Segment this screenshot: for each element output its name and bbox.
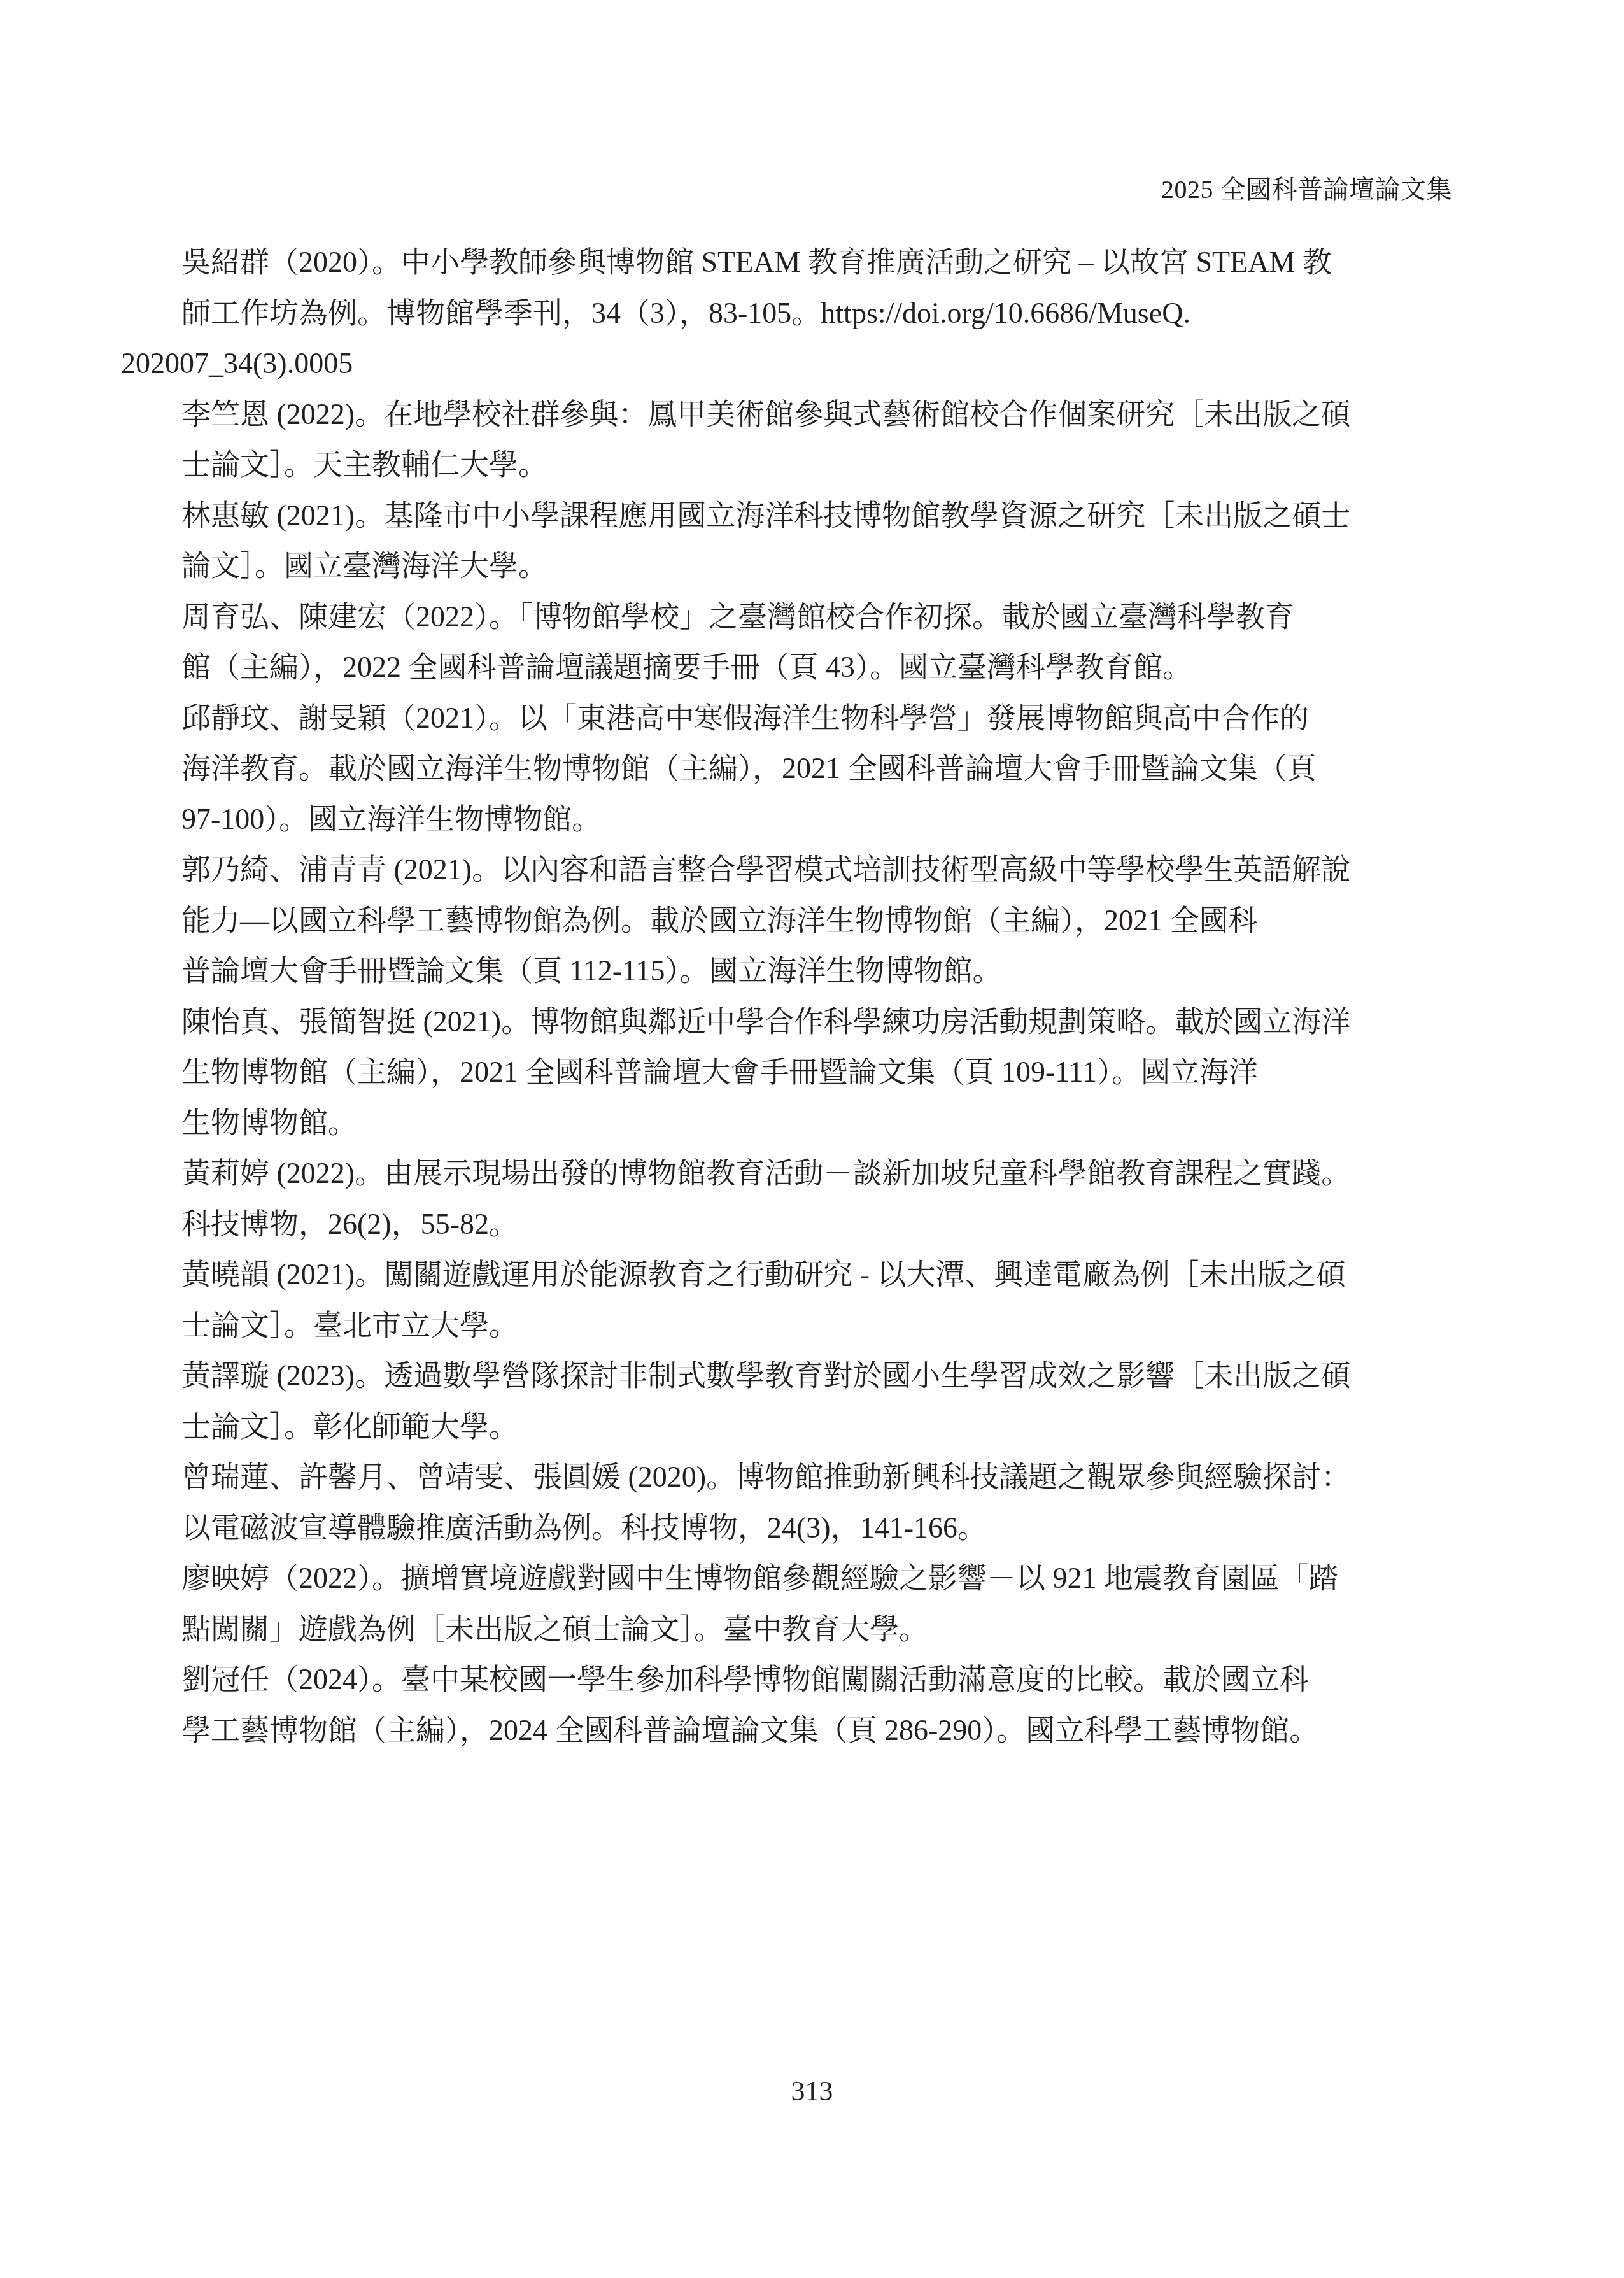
reference-line: 普論壇大會手冊暨論文集（頁 112-115）。國立海洋生物博物館。	[242, 945, 1450, 996]
reference-line: 士論文］。臺北市立大學。	[242, 1300, 1450, 1351]
reference-line: 黃譯璇 (2023)。透過數學營隊探討非制式數學教育對於國小生學習成效之影響［未…	[242, 1350, 1450, 1401]
reference-line: 李竺恩 (2022)。在地學校社群參與：鳳甲美術館參與式藝術館校合作個案研究［未…	[242, 389, 1450, 440]
reference-list: 吳紹群（2020）。中小學教師參與博物館 STEAM 教育推廣活動之研究 – 以…	[181, 237, 1450, 1755]
reference-line: 以電磁波宣導體驗推廣活動為例。科技博物，24(3)，141-166。	[242, 1503, 1450, 1553]
reference-line: 士論文］。天主教輔仁大學。	[242, 439, 1450, 490]
reference-entry: 吳紹群（2020）。中小學教師參與博物館 STEAM 教育推廣活動之研究 – 以…	[181, 237, 1450, 389]
reference-line: 周育弘、陳建宏（2022）。「博物館學校」之臺灣館校合作初探。載於國立臺灣科學教…	[242, 591, 1450, 642]
page-number: 313	[0, 2072, 1624, 2111]
reference-line: 陳怡真、張簡智挺 (2021)。博物館與鄰近中學合作科學練功房活動規劃策略。載於…	[242, 996, 1450, 1047]
reference-line: 科技博物，26(2)，55-82。	[242, 1199, 1450, 1250]
reference-line: 學工藝博物館（主編），2024 全國科普論壇論文集（頁 286-290）。國立科…	[242, 1705, 1450, 1756]
reference-entry: 邱靜玟、謝旻穎（2021）。以「東港高中寒假海洋生物科學營」發展博物館與高中合作…	[181, 693, 1450, 845]
reference-entry: 黃譯璇 (2023)。透過數學營隊探討非制式數學教育對於國小生學習成效之影響［未…	[181, 1350, 1450, 1452]
reference-entry: 廖映婷（2022）。擴增實境遊戲對國中生博物館參觀經驗之影響－以 921 地震教…	[181, 1553, 1450, 1654]
reference-line: 師工作坊為例。博物館學季刊，34（3），83-105。https://doi.o…	[242, 288, 1450, 339]
reference-line: 論文］。國立臺灣海洋大學。	[242, 541, 1450, 591]
reference-line: 邱靜玟、謝旻穎（2021）。以「東港高中寒假海洋生物科學營」發展博物館與高中合作…	[242, 693, 1450, 744]
reference-line: 士論文］。彰化師範大學。	[242, 1401, 1450, 1452]
reference-line: 海洋教育。載於國立海洋生物博物館（主編），2021 全國科普論壇大會手冊暨論文集…	[242, 743, 1450, 794]
reference-line: 生物博物館（主編），2021 全國科普論壇大會手冊暨論文集（頁 109-111）…	[242, 1047, 1450, 1098]
reference-line: 生物博物館。	[242, 1098, 1450, 1149]
reference-line: 廖映婷（2022）。擴增實境遊戲對國中生博物館參觀經驗之影響－以 921 地震教…	[242, 1553, 1450, 1604]
reference-line: 林惠敏 (2021)。基隆市中小學課程應用國立海洋科技博物館教學資源之研究［未出…	[242, 490, 1450, 541]
reference-line: 黃曉韻 (2021)。闖關遊戲運用於能源教育之行動研究 - 以大潭、興達電廠為例…	[242, 1249, 1450, 1300]
reference-line: 曾瑞蓮、許馨月、曾靖雯、張圓媛 (2020)。博物館推動新興科技議題之觀眾參與經…	[242, 1452, 1450, 1503]
reference-entry: 劉冠任（2024）。臺中某校國一學生參加科學博物館闖關活動滿意度的比較。載於國立…	[181, 1654, 1450, 1755]
reference-entry: 李竺恩 (2022)。在地學校社群參與：鳳甲美術館參與式藝術館校合作個案研究［未…	[181, 389, 1450, 490]
reference-entry: 林惠敏 (2021)。基隆市中小學課程應用國立海洋科技博物館教學資源之研究［未出…	[181, 490, 1450, 591]
reference-line: 館（主編），2022 全國科普論壇議題摘要手冊（頁 43）。國立臺灣科學教育館。	[242, 642, 1450, 693]
reference-entry: 郭乃綺、浦青青 (2021)。以內容和語言整合學習模式培訓技術型高級中等學校學生…	[181, 844, 1450, 996]
reference-line: 黃莉婷 (2022)。由展示現場出發的博物館教育活動－談新加坡兒童科學館教育課程…	[242, 1148, 1450, 1199]
reference-line: 劉冠任（2024）。臺中某校國一學生參加科學博物館闖關活動滿意度的比較。載於國立…	[242, 1654, 1450, 1705]
reference-entry: 黃曉韻 (2021)。闖關遊戲運用於能源教育之行動研究 - 以大潭、興達電廠為例…	[181, 1249, 1450, 1350]
reference-line: 97-100）。國立海洋生物博物館。	[242, 794, 1450, 845]
reference-entry: 周育弘、陳建宏（2022）。「博物館學校」之臺灣館校合作初探。載於國立臺灣科學教…	[181, 591, 1450, 693]
reference-line: 點闖關」遊戲為例［未出版之碩士論文］。臺中教育大學。	[242, 1604, 1450, 1655]
running-header-title: 2025 全國科普論壇論文集	[1161, 171, 1452, 209]
reference-line: 吳紹群（2020）。中小學教師參與博物館 STEAM 教育推廣活動之研究 – 以…	[242, 237, 1450, 288]
reference-entry: 黃莉婷 (2022)。由展示現場出發的博物館教育活動－談新加坡兒童科學館教育課程…	[181, 1148, 1450, 1249]
reference-line: 能力—以國立科學工藝博物館為例。載於國立海洋生物博物館（主編），2021 全國科	[242, 895, 1450, 946]
reference-line: 202007_34(3).0005	[181, 338, 1450, 389]
reference-line: 郭乃綺、浦青青 (2021)。以內容和語言整合學習模式培訓技術型高級中等學校學生…	[242, 844, 1450, 895]
reference-entry: 曾瑞蓮、許馨月、曾靖雯、張圓媛 (2020)。博物館推動新興科技議題之觀眾參與經…	[181, 1452, 1450, 1553]
reference-entry: 陳怡真、張簡智挺 (2021)。博物館與鄰近中學合作科學練功房活動規劃策略。載於…	[181, 996, 1450, 1149]
